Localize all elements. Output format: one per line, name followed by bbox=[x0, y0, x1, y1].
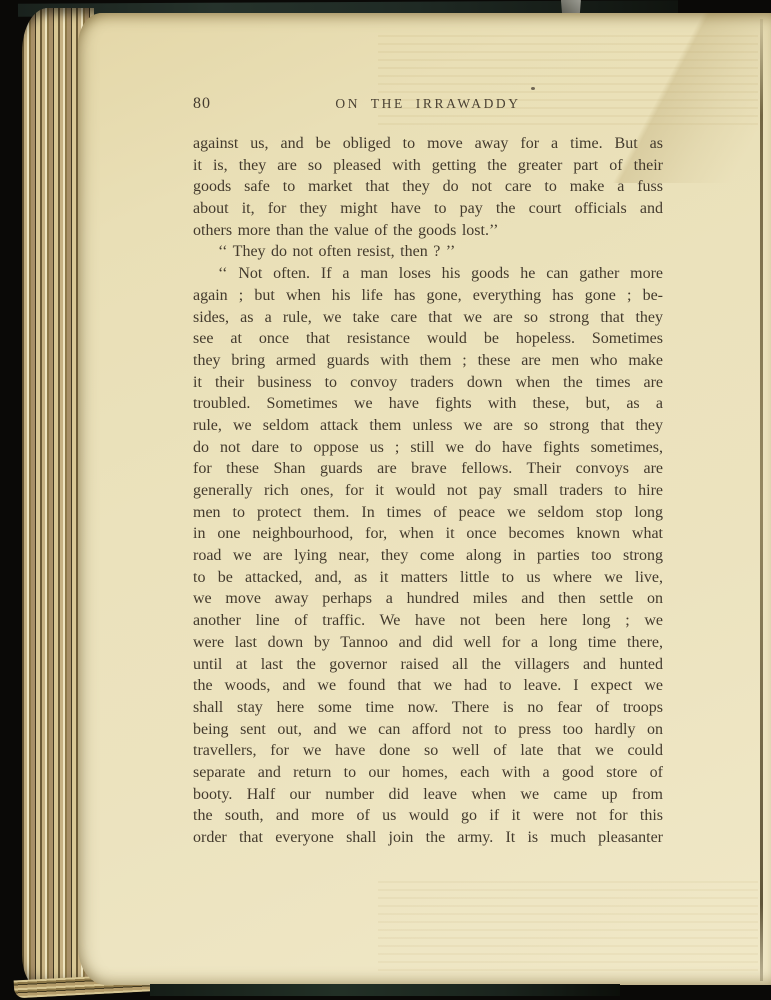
text-line: ‘‘ They do not often resist, then ? ’’ bbox=[193, 241, 663, 263]
text-line: the south, and more of us would go if it… bbox=[193, 805, 663, 827]
text-line: it their business to convoy traders down… bbox=[193, 372, 663, 394]
text-line: shall stay here some time now. There is … bbox=[193, 697, 663, 719]
ink-speck bbox=[531, 87, 535, 90]
text-line: we move away perhaps a hundred miles and… bbox=[193, 588, 663, 610]
text-line: ‘‘ Not often. If a man loses his goods h… bbox=[193, 263, 663, 285]
body-text: against us, and be obliged to move away … bbox=[193, 133, 663, 849]
text-line: others more than the value of the goods … bbox=[193, 220, 663, 242]
text-line: order that everyone shall join the army.… bbox=[193, 827, 663, 849]
text-line: they bring armed guards with them ; thes… bbox=[193, 350, 663, 372]
text-line: booty. Half our number did leave when we… bbox=[193, 784, 663, 806]
book-cover-bottom-edge bbox=[150, 984, 620, 996]
text-line: road we are lying near, they come along … bbox=[193, 545, 663, 567]
text-line: sides, as a rule, we take care that we a… bbox=[193, 307, 663, 329]
running-header: ON THE IRRAWADDY bbox=[193, 96, 663, 112]
text-line: see at once that resistance would be hop… bbox=[193, 328, 663, 350]
text-line: about it, for they might have to pay the… bbox=[193, 198, 663, 220]
text-line: another line of traffic. We have not bee… bbox=[193, 610, 663, 632]
text-line: separate and return to our homes, each w… bbox=[193, 762, 663, 784]
text-line: in one neighbourhood, for, when it once … bbox=[193, 523, 663, 545]
text-line: travellers, for we have done so well of … bbox=[193, 740, 663, 762]
paper-texture bbox=[378, 35, 758, 130]
paper-texture bbox=[378, 881, 758, 976]
page-gutter-line bbox=[760, 19, 763, 981]
text-line: rule, we seldom attack them unless we ar… bbox=[193, 415, 663, 437]
text-line: being sent out, and we can afford not to… bbox=[193, 719, 663, 741]
text-line: the woods, and we found that we had to l… bbox=[193, 675, 663, 697]
text-line: goods safe to market that they do not ca… bbox=[193, 176, 663, 198]
book-page: 80 ON THE IRRAWADDY against us, and be o… bbox=[78, 13, 771, 985]
text-line: do not dare to oppose us ; still we do h… bbox=[193, 437, 663, 459]
text-line: to be attacked, and, as it matters littl… bbox=[193, 567, 663, 589]
text-line: generally rich ones, for it would not pa… bbox=[193, 480, 663, 502]
text-line: it is, they are so pleased with getting … bbox=[193, 155, 663, 177]
text-line: again ; but when his life has gone, ever… bbox=[193, 285, 663, 307]
text-line: troubled. Sometimes we have fights with … bbox=[193, 393, 663, 415]
page-header: 80 ON THE IRRAWADDY bbox=[193, 95, 663, 115]
text-line: for these Shan guards are brave fellows.… bbox=[193, 458, 663, 480]
text-line: against us, and be obliged to move away … bbox=[193, 133, 663, 155]
text-line: were last down by Tannoo and did well fo… bbox=[193, 632, 663, 654]
text-line: until at last the governor raised all th… bbox=[193, 654, 663, 676]
book-photo: 80 ON THE IRRAWADDY against us, and be o… bbox=[0, 0, 771, 1000]
text-line: men to protect them. In times of peace w… bbox=[193, 502, 663, 524]
